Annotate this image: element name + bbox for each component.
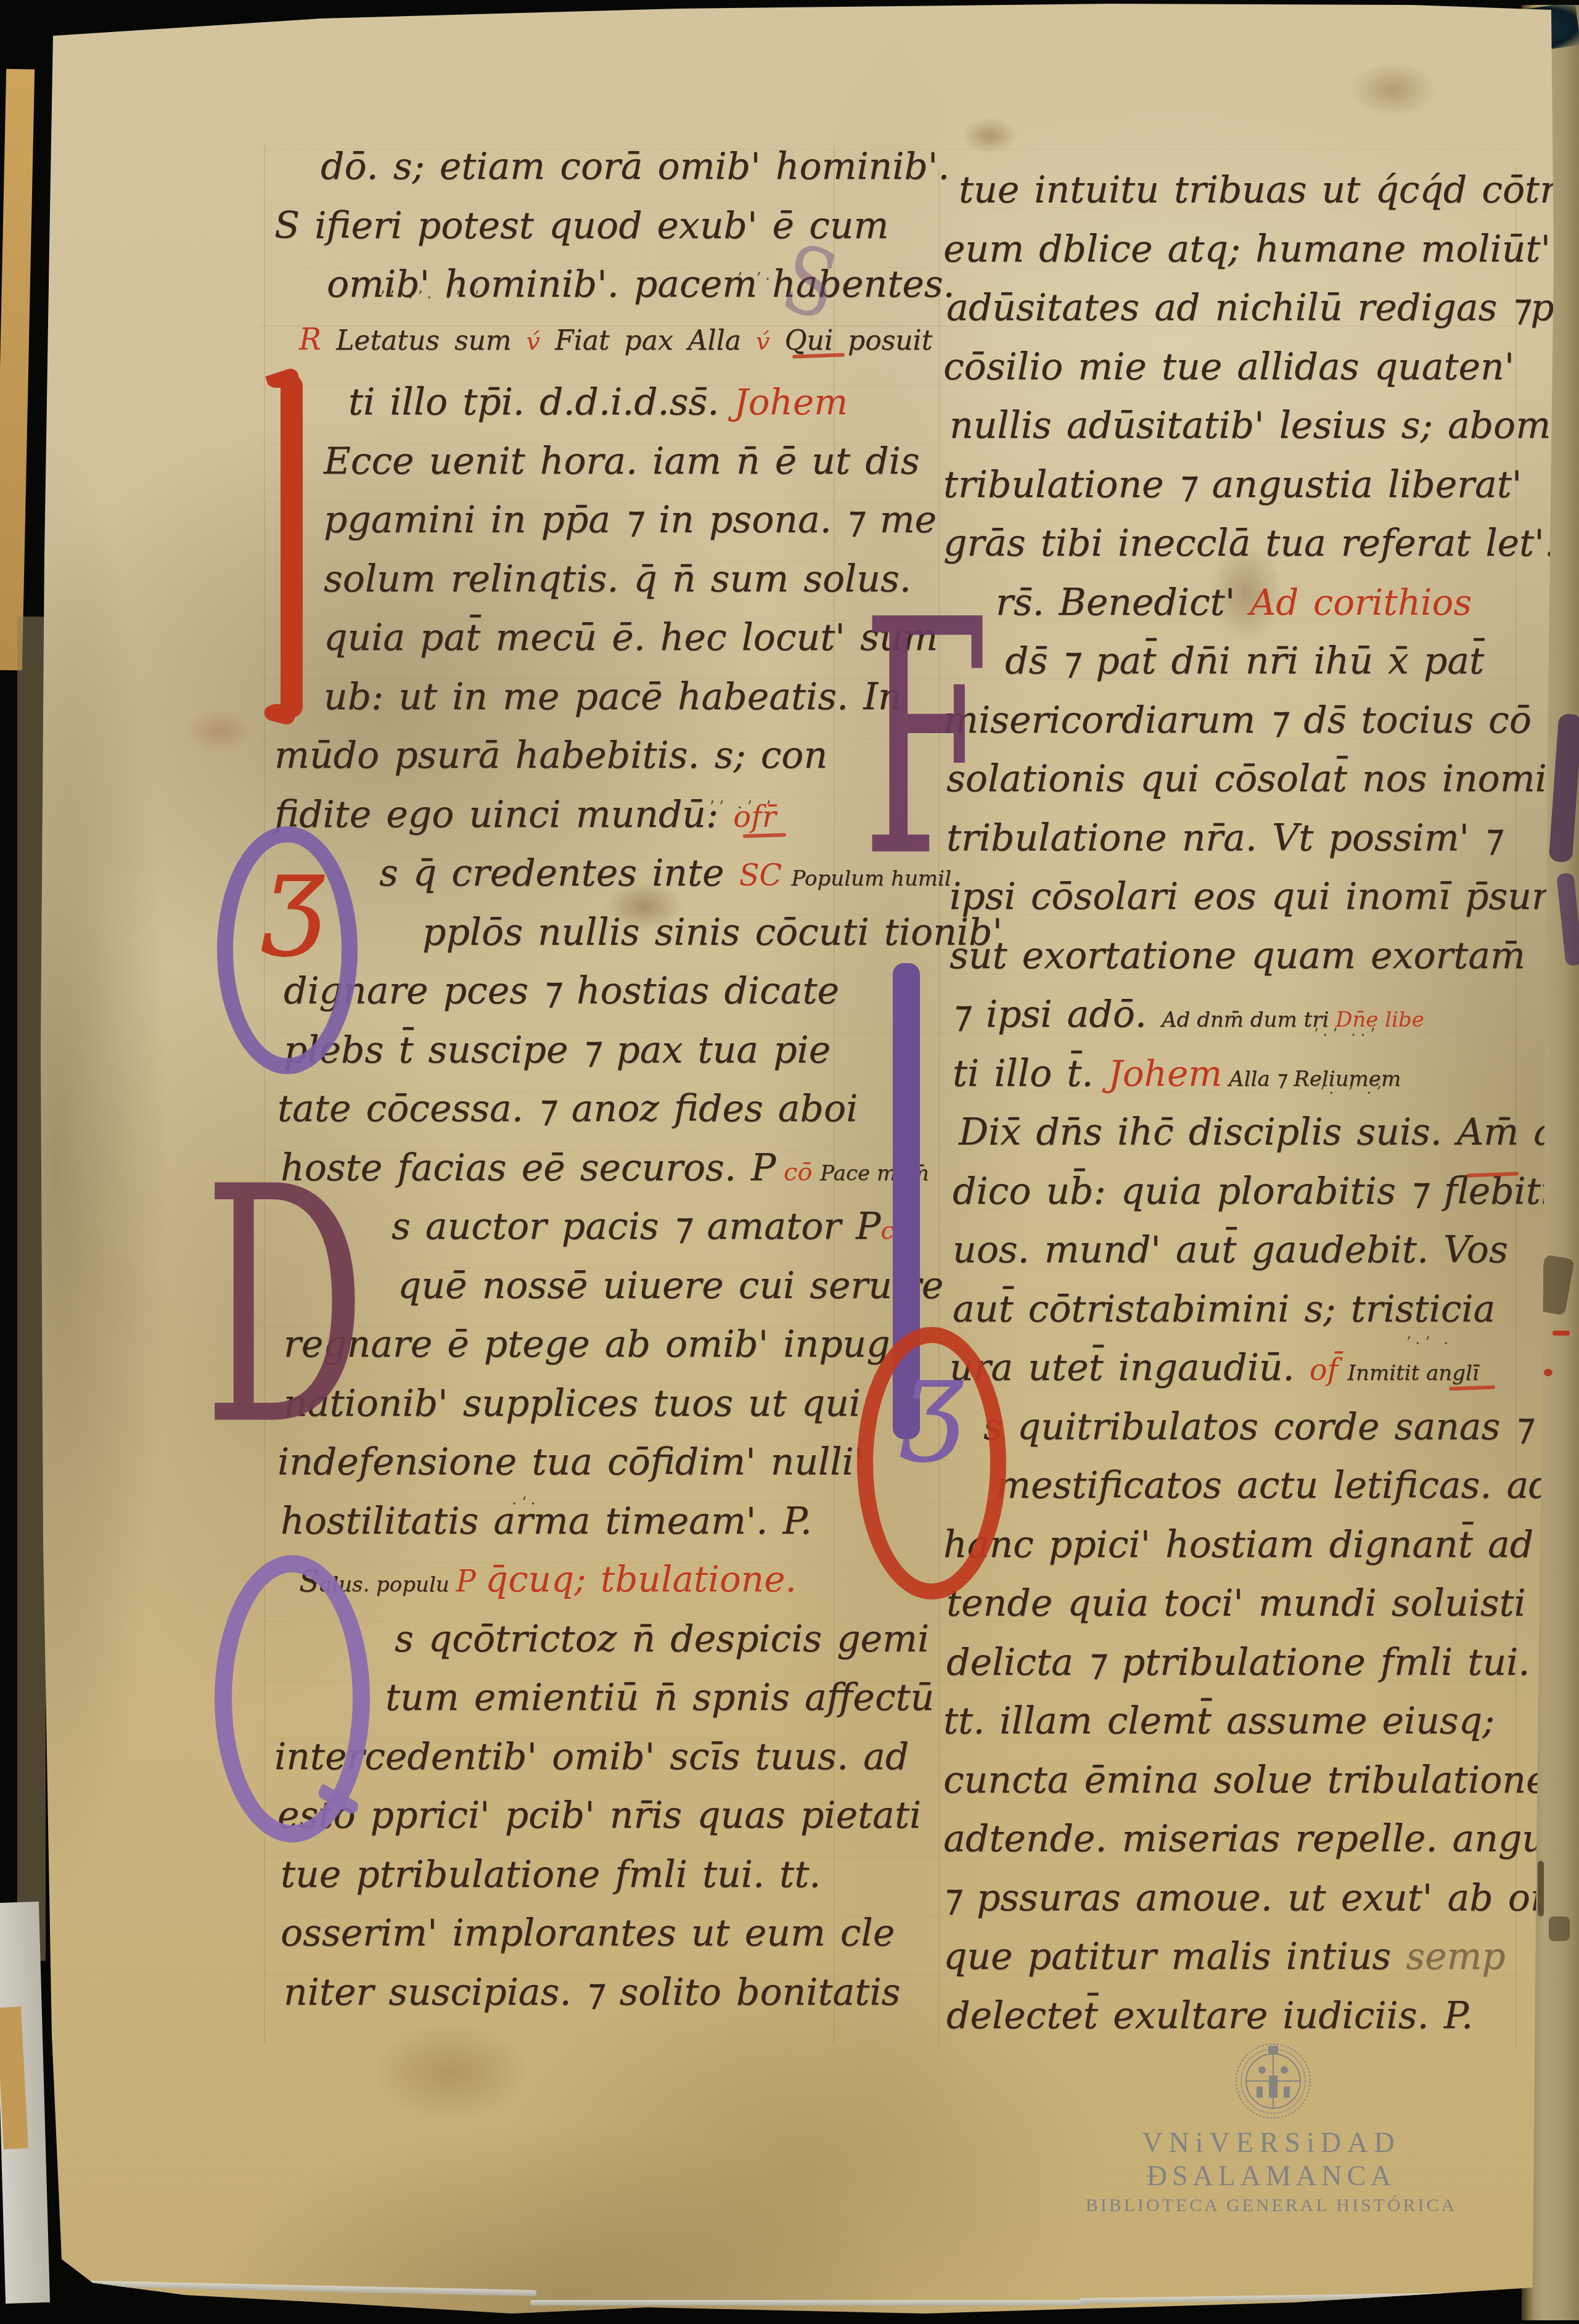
text-segment: Ad corithios bbox=[1250, 581, 1472, 623]
text-segment: osserim' implorantes ut eum cle bbox=[281, 1911, 895, 1955]
stain bbox=[185, 709, 253, 752]
text-line: osserim' implorantes ut eum cle bbox=[281, 1915, 895, 1952]
text-line: plebs t̄ suscipe ⁊ pax tua pie bbox=[284, 1032, 831, 1069]
text-segment: uos. mund' aut̄ gaudebit. Vos bbox=[953, 1228, 1508, 1271]
text-line: s qcōtrictoz n̄ despicis gemi bbox=[395, 1620, 929, 1657]
text-line: tue ptribulatione fmli tui. tt. bbox=[281, 1856, 821, 1893]
text-segment: s q̄ credentes inte bbox=[379, 852, 739, 895]
page-edge-highlight bbox=[530, 2300, 1085, 2306]
text-line: mūdo psurā habebitis. s; con bbox=[274, 737, 827, 774]
text-line: cōsilio mie tue allidas quaten' bbox=[943, 348, 1514, 385]
stamp-university-name: VNiVERSiDAD bbox=[1056, 2126, 1487, 2159]
text-line: quia pat̄ mecū ē. hec locut' sum bbox=[324, 619, 938, 656]
text-line: s quitribulatos corde sanas ⁊ bbox=[983, 1408, 1533, 1445]
text-segment: s quitribulatos corde sanas ⁊ bbox=[983, 1405, 1533, 1448]
text-line: solationis qui cōsolat̄ nos inomi bbox=[946, 760, 1547, 797]
text-segment: plebs t̄ suscipe ⁊ pax tua pie bbox=[284, 1029, 831, 1072]
adjacent-page-mark bbox=[1549, 713, 1579, 863]
text-segment: hostilitatis arma timeam'. P. bbox=[281, 1500, 812, 1543]
text-segment: Fiat pax bbox=[540, 325, 688, 356]
text-segment: sut exortatione quam exortam̄ bbox=[949, 934, 1525, 977]
manuscript-photo: dō. s; etiam corā omib' hominib'.S ifier… bbox=[0, 0, 1579, 2324]
text-line: ⁊ pssuras amoue. ut exut' ab omib' bbox=[943, 1879, 1579, 1916]
text-segment: tribulatione nr̄a. Vt possim' ⁊ bbox=[946, 816, 1503, 860]
text-segment: semp bbox=[1406, 1935, 1506, 1978]
text-segment: tue intuitu tribuas ut q́cq́d cōtra bbox=[959, 168, 1579, 211]
text-line: aut̄ cōtristabimini s; tristicia bbox=[953, 1291, 1495, 1328]
text-line: pgamini in pp̄a ⁊ in psona. ⁊ me bbox=[324, 501, 937, 538]
text-segment: que patitur malis intius bbox=[943, 1935, 1406, 1978]
text-segment: q̄cuq; tbulatione. bbox=[485, 1558, 797, 1600]
text-segment: ub: ut in me pacē habeatis. In bbox=[324, 675, 902, 718]
text-segment: ds̄ ⁊ pat̄ dn̄i nr̄i ihū x̄ pat̄ bbox=[1005, 639, 1484, 683]
adjacent-page-mark bbox=[1544, 1369, 1552, 1376]
text-segment: rs̄. Benedict' bbox=[996, 581, 1250, 624]
text-line: Ecce uenit hora. iam n̄ ē ut dis bbox=[324, 443, 920, 480]
text-segment: delectet̄ exultare iudiciis. P. bbox=[946, 1994, 1473, 2037]
text-segment: nationib' supplices tuos ut qui bbox=[284, 1382, 861, 1425]
text-line: uos. mund' aut̄ gaudebit. Vos bbox=[953, 1231, 1508, 1268]
neume-marks: ʼʼ ·ʼ ʼ bbox=[709, 799, 775, 817]
text-segment: dignare pces ⁊ hostias dicate bbox=[284, 969, 839, 1012]
text-segment: Ad dnm̄ dum tri bbox=[1162, 1008, 1335, 1032]
text-line: dignare pces ⁊ hostias dicate bbox=[284, 972, 839, 1009]
text-line: tribulatione nr̄a. Vt possim' ⁊ bbox=[946, 819, 1503, 856]
initial-inner-flourish: Ʒ bbox=[901, 1368, 964, 1479]
text-segment: tt. illam clemt̄ assume eiusq; bbox=[943, 1699, 1495, 1743]
text-segment: adtende. miserias repelle. angustia' bbox=[943, 1817, 1579, 1860]
initial-f-maroon-icon: F bbox=[862, 578, 990, 902]
text-segment: cō bbox=[776, 1158, 820, 1186]
text-segment: ti illo tp̄i. d.d.i.d.ss̄. bbox=[348, 380, 734, 424]
text-segment: solum relinqtis. q̄ n̄ sum solus. bbox=[324, 557, 911, 601]
neume-marks: ʼ·ʼ ··ʼ bbox=[1313, 1026, 1379, 1045]
text-segment: intercedentib' omib' scīs tuus. ad bbox=[274, 1735, 909, 1778]
text-line: dico ub̄: quia plorabitis ⁊ flebitis bbox=[953, 1173, 1572, 1210]
stain bbox=[962, 117, 1017, 154]
under-page-edge-tan bbox=[0, 69, 35, 671]
text-line: hanc ppici' hostiam dignant̄ ad bbox=[943, 1526, 1533, 1563]
text-segment: nullis adūsitatib' lesius s; abomī bbox=[949, 404, 1562, 447]
text-segment: Letatus sum bbox=[321, 325, 526, 356]
text-segment: grās tibi inecclā tua referat let'. P bbox=[943, 522, 1579, 565]
text-line: fidite ego uinci mundū: ofr̄ bbox=[274, 796, 776, 833]
text-segment: Ecce uenit hora. iam n̄ ē ut dis bbox=[324, 440, 920, 483]
text-segment: tribulatione ⁊ angustia liberat' bbox=[943, 463, 1522, 506]
text-line: R Letatus sum v́ Fiat pax Alla v́ Qui po… bbox=[299, 325, 932, 355]
text-segment: quia pat̄ mecū ē. hec locut' sum bbox=[324, 616, 938, 659]
stamp-library-name: BIBLIOTECA GENERAL HISTÓRICA bbox=[1025, 2195, 1518, 2216]
text-segment: pgamini in pp̄a ⁊ in psona. ⁊ me bbox=[324, 498, 937, 541]
text-segment: hanc ppici' hostiam dignant̄ ad bbox=[943, 1523, 1533, 1566]
text-line: ub: ut in me pacē habeatis. In bbox=[324, 678, 902, 715]
page-edge-highlight bbox=[68, 2280, 536, 2296]
text-segment: ipsi cōsolari eos qui inomī p̄sura bbox=[949, 875, 1571, 918]
text-segment: R bbox=[299, 322, 321, 357]
text-segment: P bbox=[751, 1146, 776, 1189]
page-edge-highlight bbox=[1079, 2292, 1523, 2304]
text-segment: Johem bbox=[734, 381, 848, 423]
text-segment: solationis qui cōsolat̄ nos inomi bbox=[946, 757, 1547, 800]
text-line: nationib' supplices tuos ut qui bbox=[284, 1385, 861, 1422]
text-segment: Inmitit anglī bbox=[1348, 1361, 1479, 1386]
text-line: intercedentib' omib' scīs tuus. ad bbox=[274, 1738, 909, 1775]
text-line: tende quia toci' mundi soluisti bbox=[946, 1585, 1526, 1622]
text-segment: adūsitates ad nichilū redigas ⁊p bbox=[946, 286, 1554, 329]
text-line: dō. s; etiam corā omib' hominib'. bbox=[321, 148, 949, 185]
text-segment: Alla bbox=[688, 325, 756, 356]
text-segment: Dix̄ dn̄s ihc̄ disciplis suis. Am̄ am̄ bbox=[959, 1111, 1579, 1154]
stamp-university-place: ÐSALAMANCA bbox=[1056, 2159, 1487, 2192]
adjacent-page-mark bbox=[1556, 873, 1579, 966]
university-seal-icon bbox=[1233, 2041, 1313, 2121]
text-segment: dō. s; etiam corā omib' hominib'. bbox=[321, 145, 949, 188]
text-line: cuncta ēmina solue tribulatione bbox=[943, 1762, 1548, 1799]
text-line: misericordiarum ⁊ ds̄ tocius cō bbox=[943, 702, 1532, 739]
text-line: ti illo tp̄i. d.d.i.d.ss̄. Johem bbox=[348, 384, 848, 421]
text-segment: esto pprici' pcib' nr̄is quas pietati bbox=[277, 1794, 921, 1837]
adjacent-page-mark bbox=[1538, 1861, 1544, 1916]
text-segment: cuncta ēmina solue tribulatione bbox=[943, 1759, 1548, 1802]
initial-d-maroon-icon: D bbox=[203, 1144, 367, 1470]
neume-marks: ·ʼ· bbox=[512, 1495, 540, 1513]
text-segment: niter suscipias. ⁊ solito bonitatis bbox=[284, 1971, 900, 2014]
text-line: tribulatione ⁊ angustia liberat' bbox=[943, 466, 1522, 503]
text-segment: Johem bbox=[1108, 1053, 1222, 1094]
text-segment: tende quia toci' mundi soluisti bbox=[946, 1582, 1526, 1625]
text-line: ds̄ ⁊ pat̄ dn̄i nr̄i ihū x̄ pat̄ bbox=[1005, 643, 1484, 680]
text-line: tue intuitu tribuas ut q́cq́d cōtra bbox=[959, 171, 1579, 208]
text-line: niter suscipias. ⁊ solito bonitatis bbox=[284, 1974, 900, 2011]
text-segment: delicta ⁊ ptribulatione fmli tui. bbox=[946, 1641, 1530, 1684]
text-segment: misericordiarum ⁊ ds̄ tocius cō bbox=[943, 699, 1532, 742]
text-segment: of̄ bbox=[1310, 1353, 1348, 1387]
text-line: eum dblice atq; humane moliūt' bbox=[943, 231, 1551, 268]
neume-marks: ʼ·ʼ · bbox=[1406, 1334, 1453, 1353]
text-line: delectet̄ exultare iudiciis. P. bbox=[946, 1997, 1473, 2034]
text-segment: mestificatos actu letificas. ad bbox=[996, 1464, 1552, 1507]
text-line: sut exortatione quam exortam̄ bbox=[949, 937, 1525, 974]
text-segment: ti illo t̄. bbox=[953, 1052, 1108, 1095]
text-line: quē nossē uiuere cui seruire bbox=[398, 1267, 943, 1304]
neume-marks: ·ʼ ʼ· bbox=[728, 270, 774, 289]
text-segment: regnare ē ptege ab omib' inpug bbox=[284, 1323, 890, 1366]
text-segment: fidite ego uinci mundū: bbox=[274, 793, 733, 836]
text-segment: quē nossē uiuere cui seruire bbox=[398, 1264, 943, 1307]
text-segment: tue ptribulatione fmli tui. tt. bbox=[281, 1853, 821, 1896]
text-line: ura utet̄ ingaudiū. of̄ Inmitit anglī bbox=[949, 1349, 1479, 1386]
text-segment: eum dblice atq; humane moliūt' bbox=[943, 228, 1551, 271]
text-line: esto pprici' pcib' nr̄is quas pietati bbox=[277, 1797, 921, 1834]
adjacent-page-mark bbox=[1549, 1916, 1570, 1941]
neume-marks: ʼ· ʼ ·ʼ bbox=[1319, 1084, 1385, 1102]
text-segment: s qcōtrictoz n̄ despicis gemi bbox=[395, 1617, 929, 1661]
stain bbox=[1350, 62, 1437, 117]
manuscript-page: dō. s; etiam corā omib' hominib'.S ifier… bbox=[0, 0, 1579, 2324]
text-line: Salus. populu P q̄cuq; tbulatione. bbox=[299, 1561, 797, 1597]
text-segment: mūdo psurā habebitis. s; con bbox=[274, 734, 827, 777]
text-segment: ura utet̄ ingaudiū. bbox=[949, 1346, 1310, 1389]
neume-marks: ʼ· ʼʼ ·ʼ· ·ʼ ʼ bbox=[351, 289, 483, 307]
text-segment: s auctor pacis ⁊ amator bbox=[392, 1205, 856, 1248]
text-segment: ⁊ ipsi adō. bbox=[953, 993, 1162, 1036]
text-line: delicta ⁊ ptribulatione fmli tui. bbox=[946, 1644, 1530, 1681]
text-line: hoste facias eē securos. P cō Pace mam̄ bbox=[281, 1149, 929, 1186]
under-page-edge-shaded bbox=[17, 617, 46, 1961]
ruling-line bbox=[938, 166, 940, 2047]
text-line: mestificatos actu letificas. ad bbox=[996, 1467, 1552, 1504]
text-segment: SC bbox=[739, 858, 792, 893]
text-line: ipsi cōsolari eos qui inomī p̄sura bbox=[949, 878, 1571, 915]
text-line: solum relinqtis. q̄ n̄ sum solus. bbox=[324, 560, 911, 597]
initial-inner-flourish: Ʒ bbox=[263, 862, 326, 973]
text-segment: P bbox=[456, 1564, 485, 1599]
text-segment: v́ bbox=[527, 327, 541, 356]
text-line: s auctor pacis ⁊ amator Pco bbox=[392, 1208, 909, 1245]
text-line: tum emientiū n̄ spnis affectū bbox=[385, 1679, 934, 1716]
text-line: tt. illam clemt̄ assume eiusq; bbox=[943, 1702, 1495, 1739]
text-line: que patitur malis intius semp bbox=[943, 1938, 1506, 1975]
adjacent-page-mark bbox=[1552, 1331, 1570, 1336]
text-line: rs̄. Benedict' Ad corithios bbox=[996, 584, 1472, 621]
initial-i-red-icon bbox=[281, 375, 303, 718]
text-segment: aut̄ cōtristabimini s; tristicia bbox=[953, 1287, 1495, 1331]
text-line: regnare ē ptege ab omib' inpug bbox=[284, 1326, 890, 1363]
text-segment: ⁊ pssuras amoue. ut exut' ab omib' bbox=[943, 1876, 1579, 1920]
text-line: grās tibi inecclā tua referat let'. P bbox=[943, 525, 1579, 562]
text-segment: P bbox=[856, 1205, 880, 1248]
text-line: Dix̄ dn̄s ihc̄ disciplis suis. Am̄ am̄ bbox=[959, 1114, 1579, 1151]
text-line: adtende. miserias repelle. angustia' bbox=[943, 1820, 1579, 1857]
text-line: nullis adūsitatib' lesius s; abomī bbox=[949, 407, 1562, 444]
text-line: adūsitates ad nichilū redigas ⁊p bbox=[946, 289, 1554, 326]
text-line: hostilitatis arma timeam'. P. bbox=[281, 1503, 812, 1540]
text-segment: tum emientiū n̄ spnis affectū bbox=[385, 1676, 934, 1719]
text-segment: cōsilio mie tue allidas quaten' bbox=[943, 345, 1514, 388]
text-segment: v́ bbox=[756, 327, 770, 356]
